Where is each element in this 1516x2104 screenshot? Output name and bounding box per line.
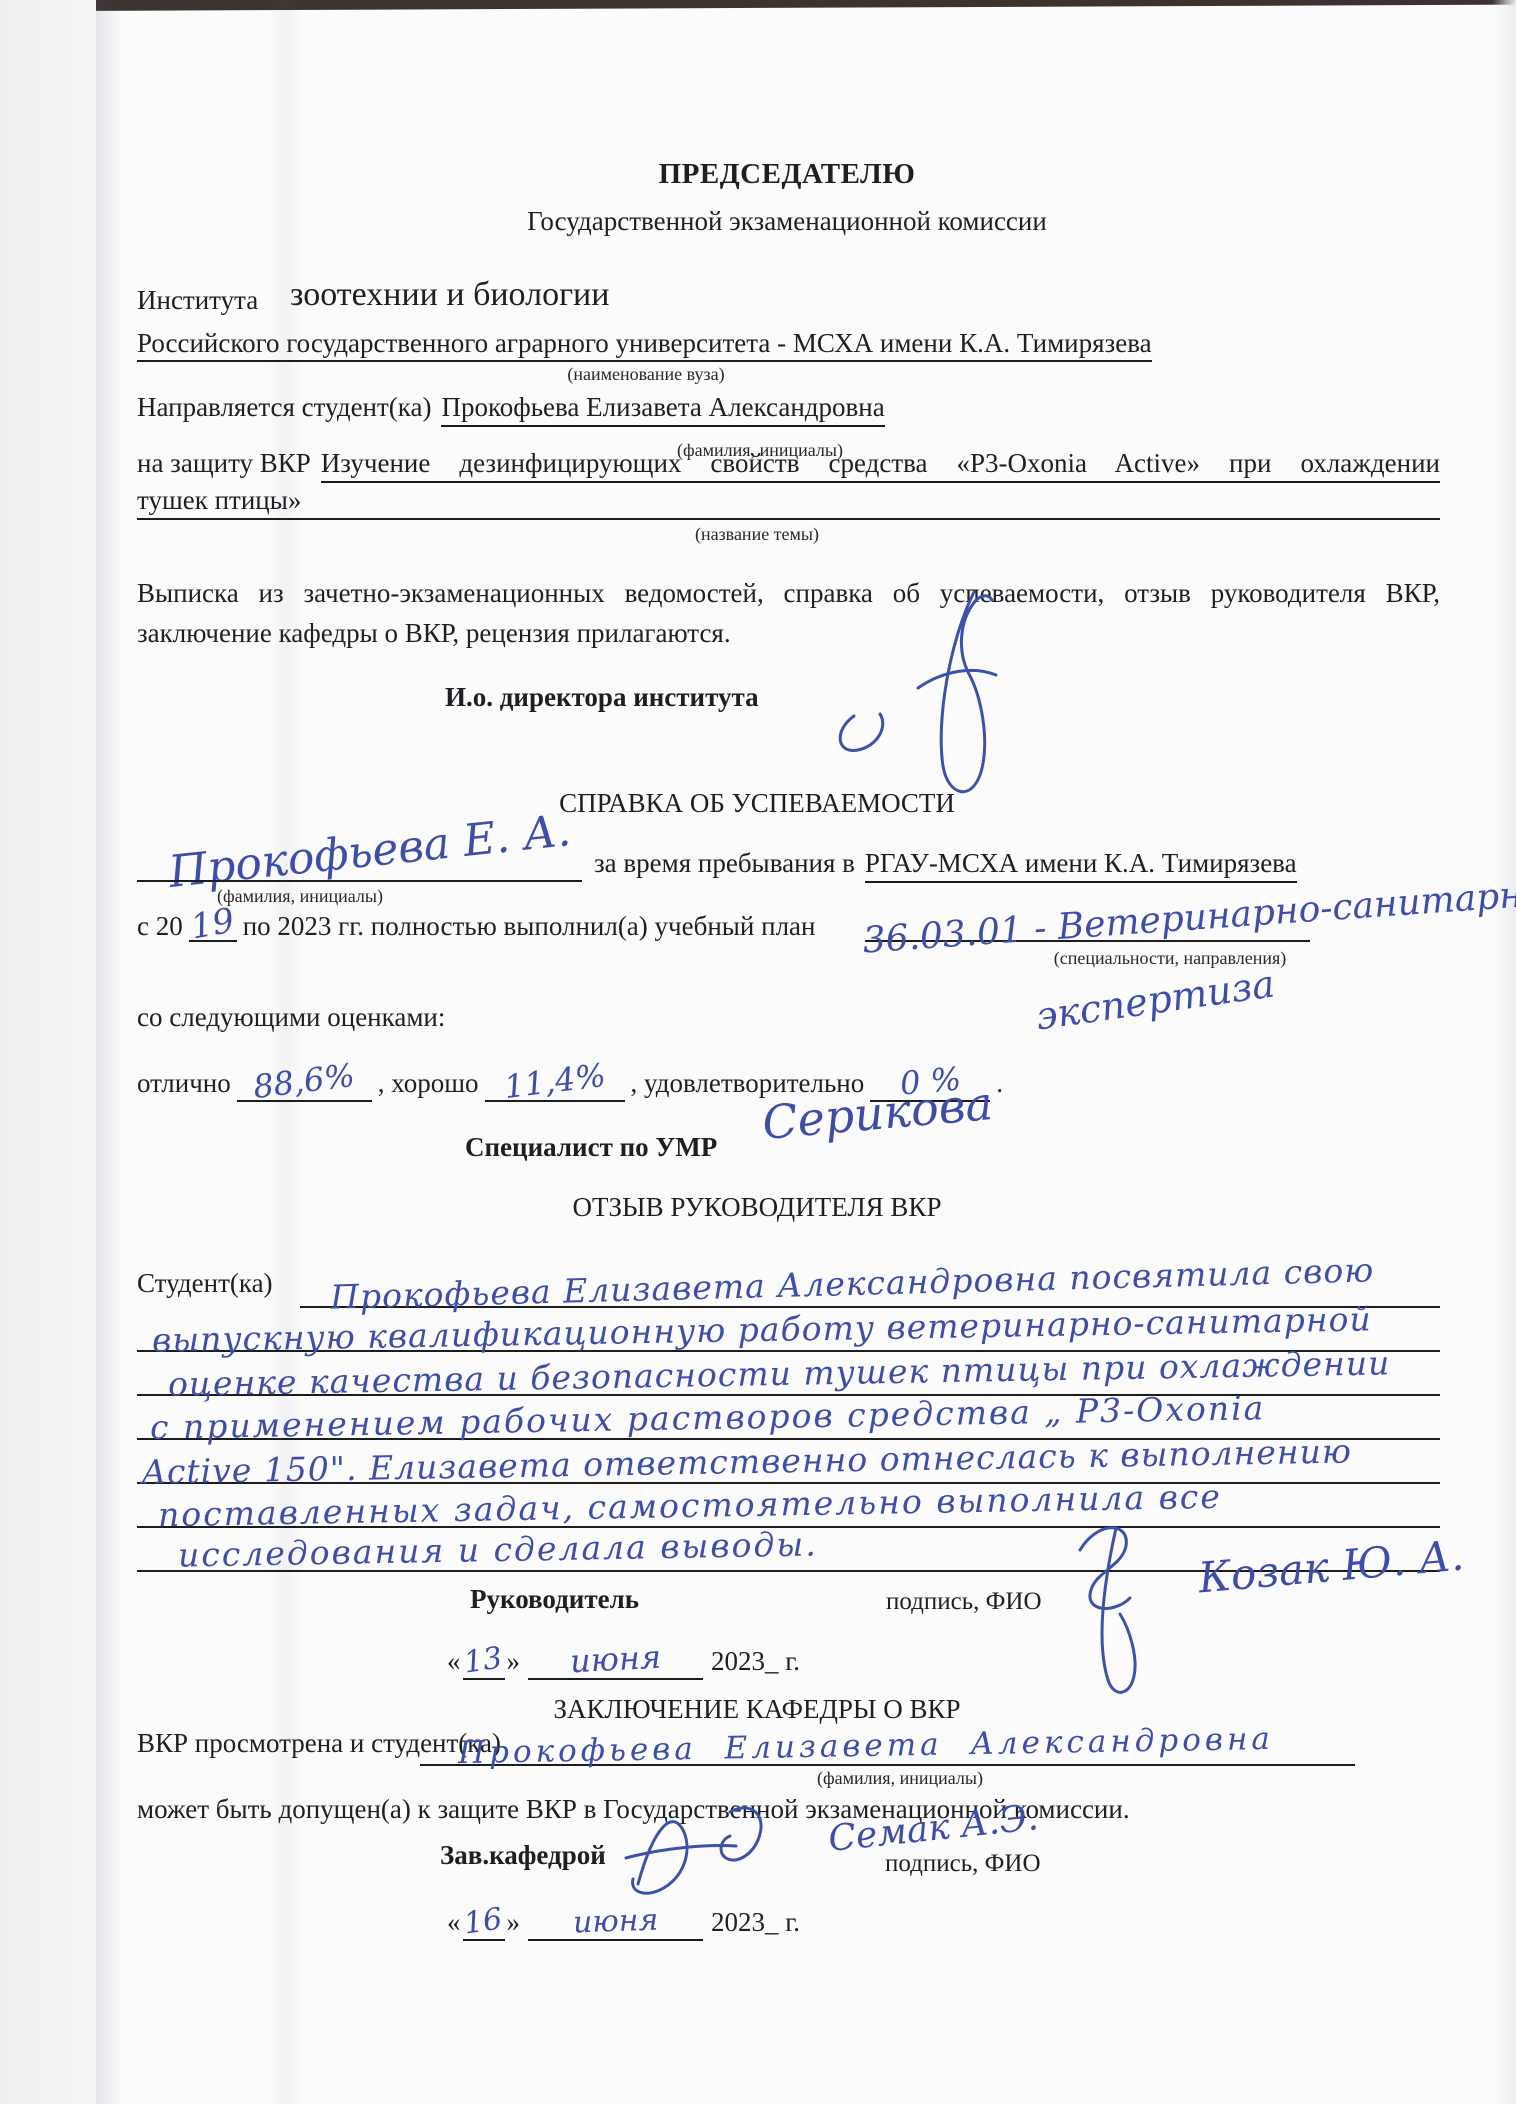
thesis-title-blank-line [301,485,1440,520]
page-crease [268,0,302,2104]
director-label: И.о. директора института [445,682,759,713]
grades-intro: со следующими оценками: [137,1002,445,1033]
conclusion-name-caption: (фамилия, инициалы) [700,1768,1100,1789]
review-student-label: Студент(ка) [137,1268,273,1299]
university-short: РГАУ-МСХА имени К.А. Тимирязева [865,848,1297,883]
head-signature-caption: подпись, ФИО [885,1850,1041,1878]
supervisor-signature-caption: подпись, ФИО [886,1588,1042,1616]
institute-value: зоотехнии и биологии [290,276,609,314]
scan-left-margin [0,0,96,2104]
conclusion-title: ЗАКЛЮЧЕНИЕ КАФЕДРЫ О ВКР [137,1694,1377,1725]
student-label: Направляется студент(ка) [137,392,431,423]
conclusion-date-month: июня [572,1903,659,1941]
page-subtitle: Государственной экзаменационной комиссии [137,206,1437,237]
review-title: ОТЗЫВ РУКОВОДИТЕЛЯ ВКР [137,1192,1377,1223]
review-date-suffix: _ г. [765,1646,800,1677]
institute-label: Института [137,285,258,316]
attachments-line1: Выписка из зачетно-экзаменационных ведом… [137,578,1440,609]
reviewed-label: ВКР просмотрена и студент(ка) [137,1728,501,1759]
attachments-line2: заключение кафедры о ВКР, рецензия прила… [137,618,731,649]
head-signature [618,1796,798,1911]
year-start-handwritten: 19 [188,901,238,948]
grade-excellent-value: 88,6% [251,1056,357,1106]
conclusion-date-year: 2023 [711,1907,765,1938]
umr-label: Специалист по УМР [465,1132,717,1163]
university-caption: (наименование вуза) [137,364,1155,385]
period-rest: по 2023 гг. полностью выполнил(а) учебны… [243,911,816,942]
university-name-line: Российского государственного аграрного у… [137,328,1152,362]
conclusion-date-open: « [447,1907,461,1938]
thesis-title-line1: Изучение дезинфицирующих свойств средств… [321,448,1440,483]
performance-title: СПРАВКА ОБ УСПЕВАЕМОСТИ [137,788,1377,819]
page-title: ПРЕДСЕДАТЕЛЮ [137,158,1437,191]
conclusion-date-close: » [507,1907,521,1938]
performance-name-line [137,880,582,882]
conclusion-date-day: 16 [462,1902,505,1942]
grade-good-label: , хорошо [378,1068,479,1099]
scan-right-edge [1492,0,1516,2104]
supervisor-label: Руководитель [470,1584,639,1615]
specialty-handwritten-line2: экспертиза [1033,961,1277,1038]
conclusion-date-suffix: _ г. [765,1907,800,1938]
review-date-day: 13 [462,1641,505,1681]
stay-prefix: за время пребывания в [594,848,855,879]
director-signature [822,578,1022,813]
thesis-caption: (название темы) [137,524,1377,545]
supervisor-signature-name: Козак Ю. А. [1196,1530,1465,1602]
grade-good-value: 11,4% [502,1056,608,1106]
thesis-title-line2: тушек птицы» [137,485,301,520]
scanned-document-page: ПРЕДСЕДАТЕЛЮ Государственной экзаменацио… [0,0,1516,2104]
student-name: Прокофьева Елизавета Александровна [441,392,884,427]
head-of-department-label: Зав.кафедрой [440,1840,606,1871]
review-date-year: 2023 [711,1646,765,1677]
review-date-month: июня [569,1638,662,1681]
period-prefix: с 20 [137,911,183,942]
review-date-close: » [507,1646,521,1677]
specialty-caption: (специальности, направления) [960,948,1380,969]
page-fold-shadow [96,0,122,2104]
supervisor-signature [1058,1512,1178,1702]
grades-end: . [996,1068,1003,1099]
review-date-open: « [447,1646,461,1677]
thesis-label: на защиту ВКР [137,448,311,479]
grade-excellent-label: отлично [137,1068,231,1099]
